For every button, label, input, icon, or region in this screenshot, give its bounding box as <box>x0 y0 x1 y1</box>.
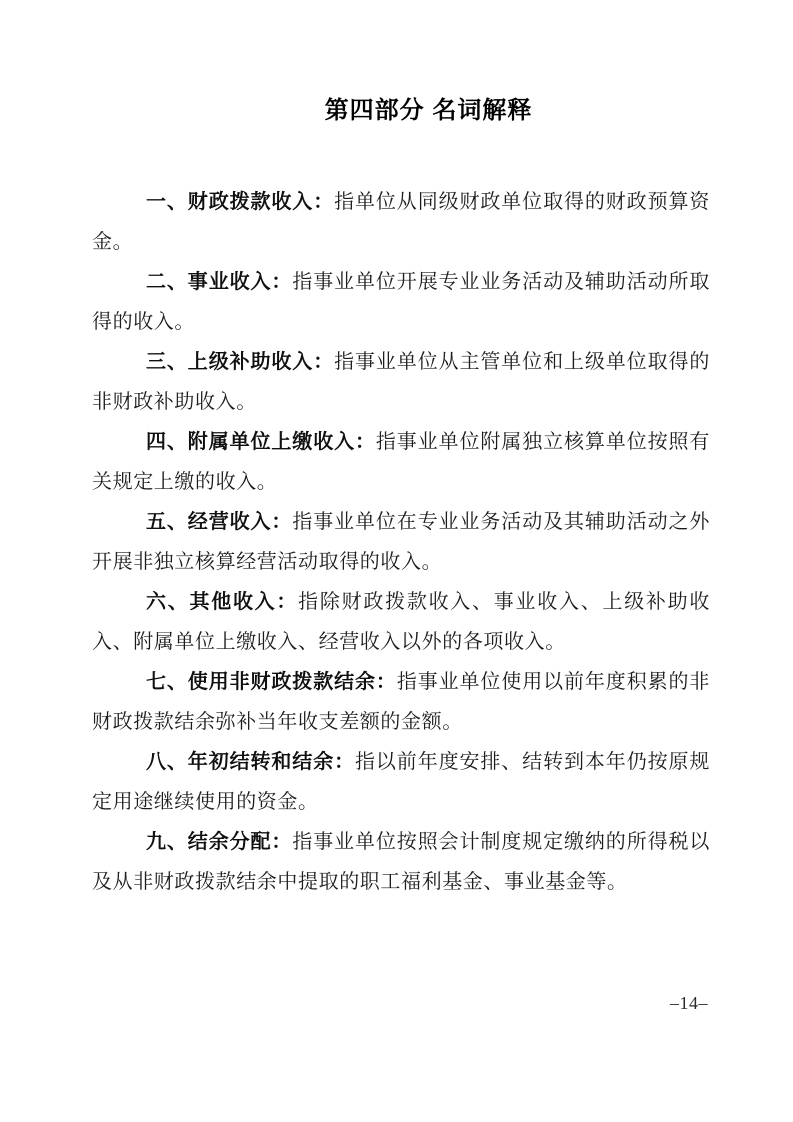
page-number: –14– <box>670 993 708 1013</box>
definition-paragraph: 五、经营收入：指事业单位在专业业务活动及其辅助活动之外开展非独立核算经营活动取得… <box>92 502 710 582</box>
definition-term: 六、其他收入： <box>146 591 298 613</box>
definition-term: 四、附属单位上缴收入： <box>146 431 376 453</box>
definitions-list: 一、财政拨款收入：指单位从同级财政单位取得的财政预算资金。 二、事业收入：指事业… <box>92 182 710 902</box>
definition-paragraph: 七、使用非财政拨款结余：指事业单位使用以前年度积累的非财政拨款结余弥补当年收支差… <box>92 662 710 742</box>
page-title: 第四部分 名词解释 <box>0 96 793 126</box>
definition-term: 八、年初结转和结余： <box>146 751 355 773</box>
definition-term: 五、经营收入： <box>146 511 292 533</box>
definition-term: 三、上级补助收入： <box>146 351 334 373</box>
definition-paragraph: 一、财政拨款收入：指单位从同级财政单位取得的财政预算资金。 <box>92 182 710 262</box>
definition-term: 一、财政拨款收入： <box>146 191 334 213</box>
definition-paragraph: 三、上级补助收入：指事业单位从主管单位和上级单位取得的非财政补助收入。 <box>92 342 710 422</box>
definition-term: 九、结余分配： <box>146 831 292 853</box>
definition-paragraph: 八、年初结转和结余：指以前年度安排、结转到本年仍按原规定用途继续使用的资金。 <box>92 742 710 822</box>
definition-paragraph: 九、结余分配：指事业单位按照会计制度规定缴纳的所得税以及从非财政拨款结余中提取的… <box>92 822 710 902</box>
document-page: 第四部分 名词解释 一、财政拨款收入：指单位从同级财政单位取得的财政预算资金。 … <box>0 0 793 1122</box>
definition-term: 二、事业收入： <box>146 271 292 293</box>
definition-paragraph: 六、其他收入：指除财政拨款收入、事业收入、上级补助收入、附属单位上缴收入、经营收… <box>92 582 710 662</box>
definition-term: 七、使用非财政拨款结余： <box>146 671 397 693</box>
definition-paragraph: 四、附属单位上缴收入：指事业单位附属独立核算单位按照有关规定上缴的收入。 <box>92 422 710 502</box>
definition-paragraph: 二、事业收入：指事业单位开展专业业务活动及辅助活动所取得的收入。 <box>92 262 710 342</box>
